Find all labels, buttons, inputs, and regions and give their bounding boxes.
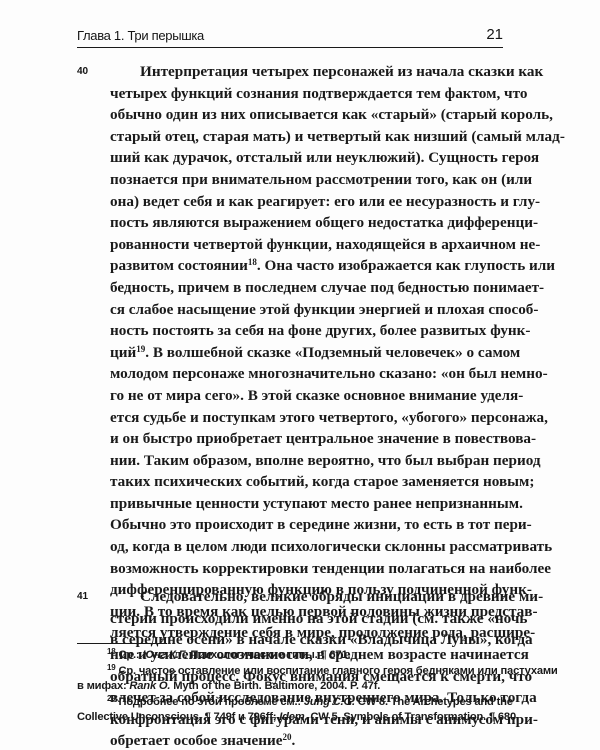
footnote-number: 18 — [107, 647, 116, 656]
text-line: развитом состоянии18. Она часто изобража… — [110, 255, 503, 277]
text-line: она) ведет себя и как реагирует: его или… — [110, 191, 503, 213]
text-line: го не от мира сего». В этой сказке основ… — [110, 385, 503, 407]
text-line: познается при внимательном рассмотрении … — [110, 169, 503, 191]
footnote-text: Myth of the Birth. Baltimore, 2004. P. 4… — [170, 680, 380, 692]
footnote-text: CW 5. Symbols of Transformation. ¶ 680. — [307, 711, 518, 723]
text-line: привычные ценности уступают место ранее … — [110, 493, 503, 515]
footnotes: 18Ср.: Юнг К.Г. Психологические типы. ¶ … — [77, 648, 503, 726]
text-segment: . — [291, 732, 295, 749]
running-head: Глава 1. Три перышка 21 — [77, 26, 503, 46]
text-line: возможность корректировки тенденции пола… — [110, 558, 503, 580]
text-line: таких психических событий, когда старое … — [110, 471, 503, 493]
text-segment: . В волшебной сказке «Подземный человече… — [145, 344, 520, 361]
text-segment: ций — [110, 344, 136, 361]
paragraph-41: Следовательно, великие обряды инициации … — [110, 586, 503, 651]
text-line: молодом персонаже многозначительно сказа… — [110, 363, 503, 385]
text-line: ность постоять за себя на фоне других, б… — [110, 320, 503, 342]
footnote-author: Rank O. — [129, 680, 170, 692]
footnote-19: 19Ср. частое оставление или воспитание г… — [77, 664, 503, 680]
footnote-author: Jung C.G. — [304, 696, 355, 708]
footnote-20-continued: Collective Unconscious. ¶ 749f и 796ff; … — [77, 710, 503, 726]
text-line: ший как дурачок, отсталый или неуклюжий)… — [110, 147, 503, 169]
text-line: старый отец, старая мать) и четвертый ка… — [110, 126, 503, 148]
footnote-separator — [77, 643, 167, 644]
footnote-18: 18Ср.: Юнг К.Г. Психологические типы. ¶ … — [77, 648, 503, 664]
text-line: Обычно это происходит в середине жизни, … — [110, 514, 503, 536]
text-segment: развитом состоянии — [110, 257, 248, 274]
text-line: нии. Таким образом, вполне вероятно, что… — [110, 450, 503, 472]
footnote-ref-19[interactable]: 19 — [136, 344, 145, 354]
page-number: 21 — [486, 26, 503, 43]
footnote-number: 20 — [107, 694, 116, 703]
text-line: пость являются выражением общего недоста… — [110, 212, 503, 234]
footnote-text: Ср.: — [119, 649, 143, 661]
text-line: обычно один из них описывается как «стар… — [110, 104, 503, 126]
text-segment: обретает особое значение — [110, 732, 282, 749]
text-line: од, когда в целом люди психологически ск… — [110, 536, 503, 558]
text-line: Интерпретация четырех персонажей из нача… — [110, 61, 503, 83]
text-line: обретает особое значение20. — [110, 730, 503, 750]
footnote-20: 20Подробнее по этой проблеме см.: Jung C… — [77, 695, 503, 711]
text-line: и он быстро приобретает центральное знач… — [110, 428, 503, 450]
text-line: бедность, причем в последнем случае под … — [110, 277, 503, 299]
footnote-author: Юнг К.Г. — [142, 649, 187, 661]
footnote-text: CW 8. The Archetypes and the — [355, 696, 513, 708]
text-segment: . Она часто изображается как глупость ил… — [257, 257, 555, 274]
text-line: Следовательно, великие обряды инициации … — [110, 586, 503, 608]
book-page: Глава 1. Три перышка 21 40 Интерпретация… — [0, 0, 600, 750]
footnote-text: в мифах: — [77, 680, 129, 692]
footnote-author: Idem. — [279, 711, 307, 723]
text-line: ся слабое насыщение этой функции энергие… — [110, 299, 503, 321]
footnote-text: Collective Unconscious. ¶ 749f и 796ff; — [77, 711, 279, 723]
footnote-ref-18[interactable]: 18 — [248, 257, 257, 267]
footnote-text: Ср. частое оставление или воспитание гла… — [119, 665, 558, 677]
text-line: стерии происходили именно на этой стадии… — [110, 608, 503, 630]
footnote-text: Подробнее по этой проблеме см.: — [119, 696, 304, 708]
text-line: рованности четвертой функции, находящейс… — [110, 234, 503, 256]
header-rule — [77, 47, 503, 48]
paragraph-number-40: 40 — [77, 66, 88, 77]
footnote-text: Психологические типы. ¶ 671. — [188, 649, 351, 661]
chapter-title: Глава 1. Три перышка — [77, 28, 204, 43]
footnote-number: 19 — [107, 663, 116, 672]
text-line: четырех функций сознания подтверждается … — [110, 83, 503, 105]
paragraph-number-41: 41 — [77, 591, 88, 602]
text-line: ется судьбе и поступкам этого четвертого… — [110, 407, 503, 429]
text-line: ций19. В волшебной сказке «Подземный чел… — [110, 342, 503, 364]
footnote-19-continued: в мифах: Rank O. Myth of the Birth. Balt… — [77, 679, 503, 695]
